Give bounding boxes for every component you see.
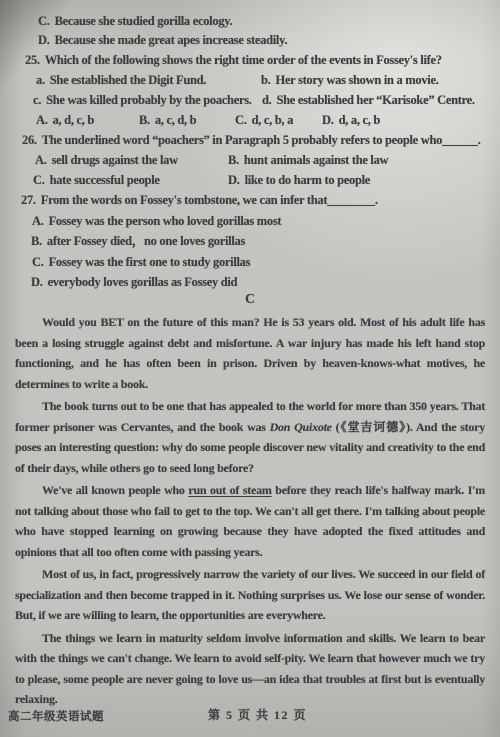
option-text: Because she studied gorilla ecology. [55, 14, 233, 28]
option-text: hunt animals against the law [244, 153, 388, 167]
question-number: 27. [21, 193, 36, 207]
reading-passage: Would you BET on the future of this man?… [15, 312, 485, 712]
option-label: B. [31, 234, 42, 248]
question-27-choice-d: D.everybody loves gorillas as Fossey did [31, 273, 237, 291]
question-25-event-a: a.She established the Digit Fund. [36, 71, 206, 89]
question-26-choice-d: D.like to do harm to people [228, 171, 370, 189]
option-text: d, a, c, b [339, 113, 380, 127]
question-27-choice-b: B.after Fossey died，no one loves gorilla… [31, 232, 245, 250]
passage-paragraph-2: The book turns out to be one that has ap… [15, 396, 485, 478]
question-25-stem: 25.Which of the following shows the righ… [25, 51, 442, 69]
option-text: a, d, c, b [53, 113, 94, 127]
option-text: sell drugs against the law [52, 153, 178, 167]
passage-paragraph-4: Most of us, in fact, progressively narro… [15, 564, 485, 626]
book-title-italic: Don Quixote [270, 420, 332, 434]
option-label: C. [38, 14, 50, 28]
footer-page-number: 第 5 页 共 12 页 [208, 706, 307, 723]
option-text: She was killed probably by the poachers. [46, 93, 252, 107]
question-27-stem: 27.From the words on Fossey's tombstone,… [21, 191, 378, 209]
paragraph-text: Most of us, in fact, progressively narro… [15, 567, 485, 622]
option-label: a. [36, 73, 45, 87]
question-26-choice-b: B.hunt animals against the law [228, 151, 388, 169]
option-label: A. [36, 113, 48, 127]
passage-paragraph-3: We've all known people who run out of st… [15, 480, 485, 562]
option-text: after Fossey died，no one loves gorillas [47, 234, 245, 248]
option-label: D. [38, 33, 50, 47]
option-text: She established her “Karisoke” Centre. [276, 93, 474, 107]
question-24-option-d: D.Because she made great apes increase s… [38, 31, 287, 49]
question-27-choice-c: C.Fossey was the first one to study gori… [32, 253, 250, 271]
question-text: From the words on Fossey's tombstone, we… [41, 193, 378, 207]
option-label: b. [261, 73, 270, 87]
paragraph-text: Would you BET on the future of this man?… [15, 315, 485, 391]
option-label: A. [35, 153, 47, 167]
question-27-choice-a: A.Fossey was the person who loved gorill… [32, 212, 281, 230]
question-number: 25. [25, 53, 40, 67]
paragraph-text: We've all known people who [42, 483, 188, 497]
option-text: Because she made great apes increase ste… [55, 33, 288, 47]
option-label: c. [33, 93, 41, 107]
question-25-event-d: d.She established her “Karisoke” Centre. [262, 91, 475, 109]
paragraph-text: The things we learn in maturity seldom i… [15, 631, 485, 707]
underlined-phrase: run out of steam [188, 483, 271, 497]
question-25-event-b: b.Her story was shown in a movie. [261, 71, 439, 89]
question-26-stem: 26.The underlined word “poachers” in Par… [22, 131, 481, 149]
question-text: The underlined word “poachers” in Paragr… [42, 133, 481, 147]
question-26-choice-a: A.sell drugs against the law [35, 151, 178, 169]
option-label: D. [228, 173, 240, 187]
question-25-choice-c: C.d, c, b, a [235, 111, 293, 129]
passage-section-label: C [0, 291, 500, 307]
option-label: B. [228, 153, 239, 167]
option-text: She established the Digit Fund. [50, 73, 206, 87]
option-label: D. [322, 113, 334, 127]
option-text: d, c, b, a [252, 113, 293, 127]
option-text: everybody loves gorillas as Fossey did [48, 275, 238, 289]
passage-paragraph-5: The things we learn in maturity seldom i… [15, 628, 485, 710]
option-text: Her story was shown in a movie. [275, 73, 438, 87]
option-text: Fossey was the person who loved gorillas… [49, 214, 282, 228]
option-label: C. [235, 113, 247, 127]
option-label: d. [262, 93, 271, 107]
footer-paper-title: 高二年级英语试题 [8, 708, 104, 724]
question-25-event-c: c.She was killed probably by the poacher… [33, 91, 252, 109]
option-label: C. [33, 173, 45, 187]
option-text: like to do harm to people [245, 173, 370, 187]
exam-page: C.Because she studied gorilla ecology. D… [0, 0, 500, 737]
option-text: Fossey was the first one to study gorill… [49, 255, 251, 269]
question-text: Which of the following shows the right t… [45, 53, 442, 67]
passage-paragraph-1: Would you BET on the future of this man?… [15, 312, 485, 394]
option-text: a, c, d, b [155, 113, 196, 127]
option-label: B. [139, 113, 150, 127]
option-label: D. [31, 275, 43, 289]
question-number: 26. [22, 133, 37, 147]
question-25-choice-d: D.d, a, c, b [322, 111, 380, 129]
question-25-choice-b: B.a, c, d, b [139, 111, 196, 129]
question-25-choice-a: A.a, d, c, b [36, 111, 94, 129]
option-label: A. [32, 214, 44, 228]
question-26-choice-c: C.hate successful people [33, 171, 160, 189]
option-label: C. [32, 255, 44, 269]
option-text: hate successful people [50, 173, 160, 187]
question-24-option-c: C.Because she studied gorilla ecology. [38, 12, 232, 30]
